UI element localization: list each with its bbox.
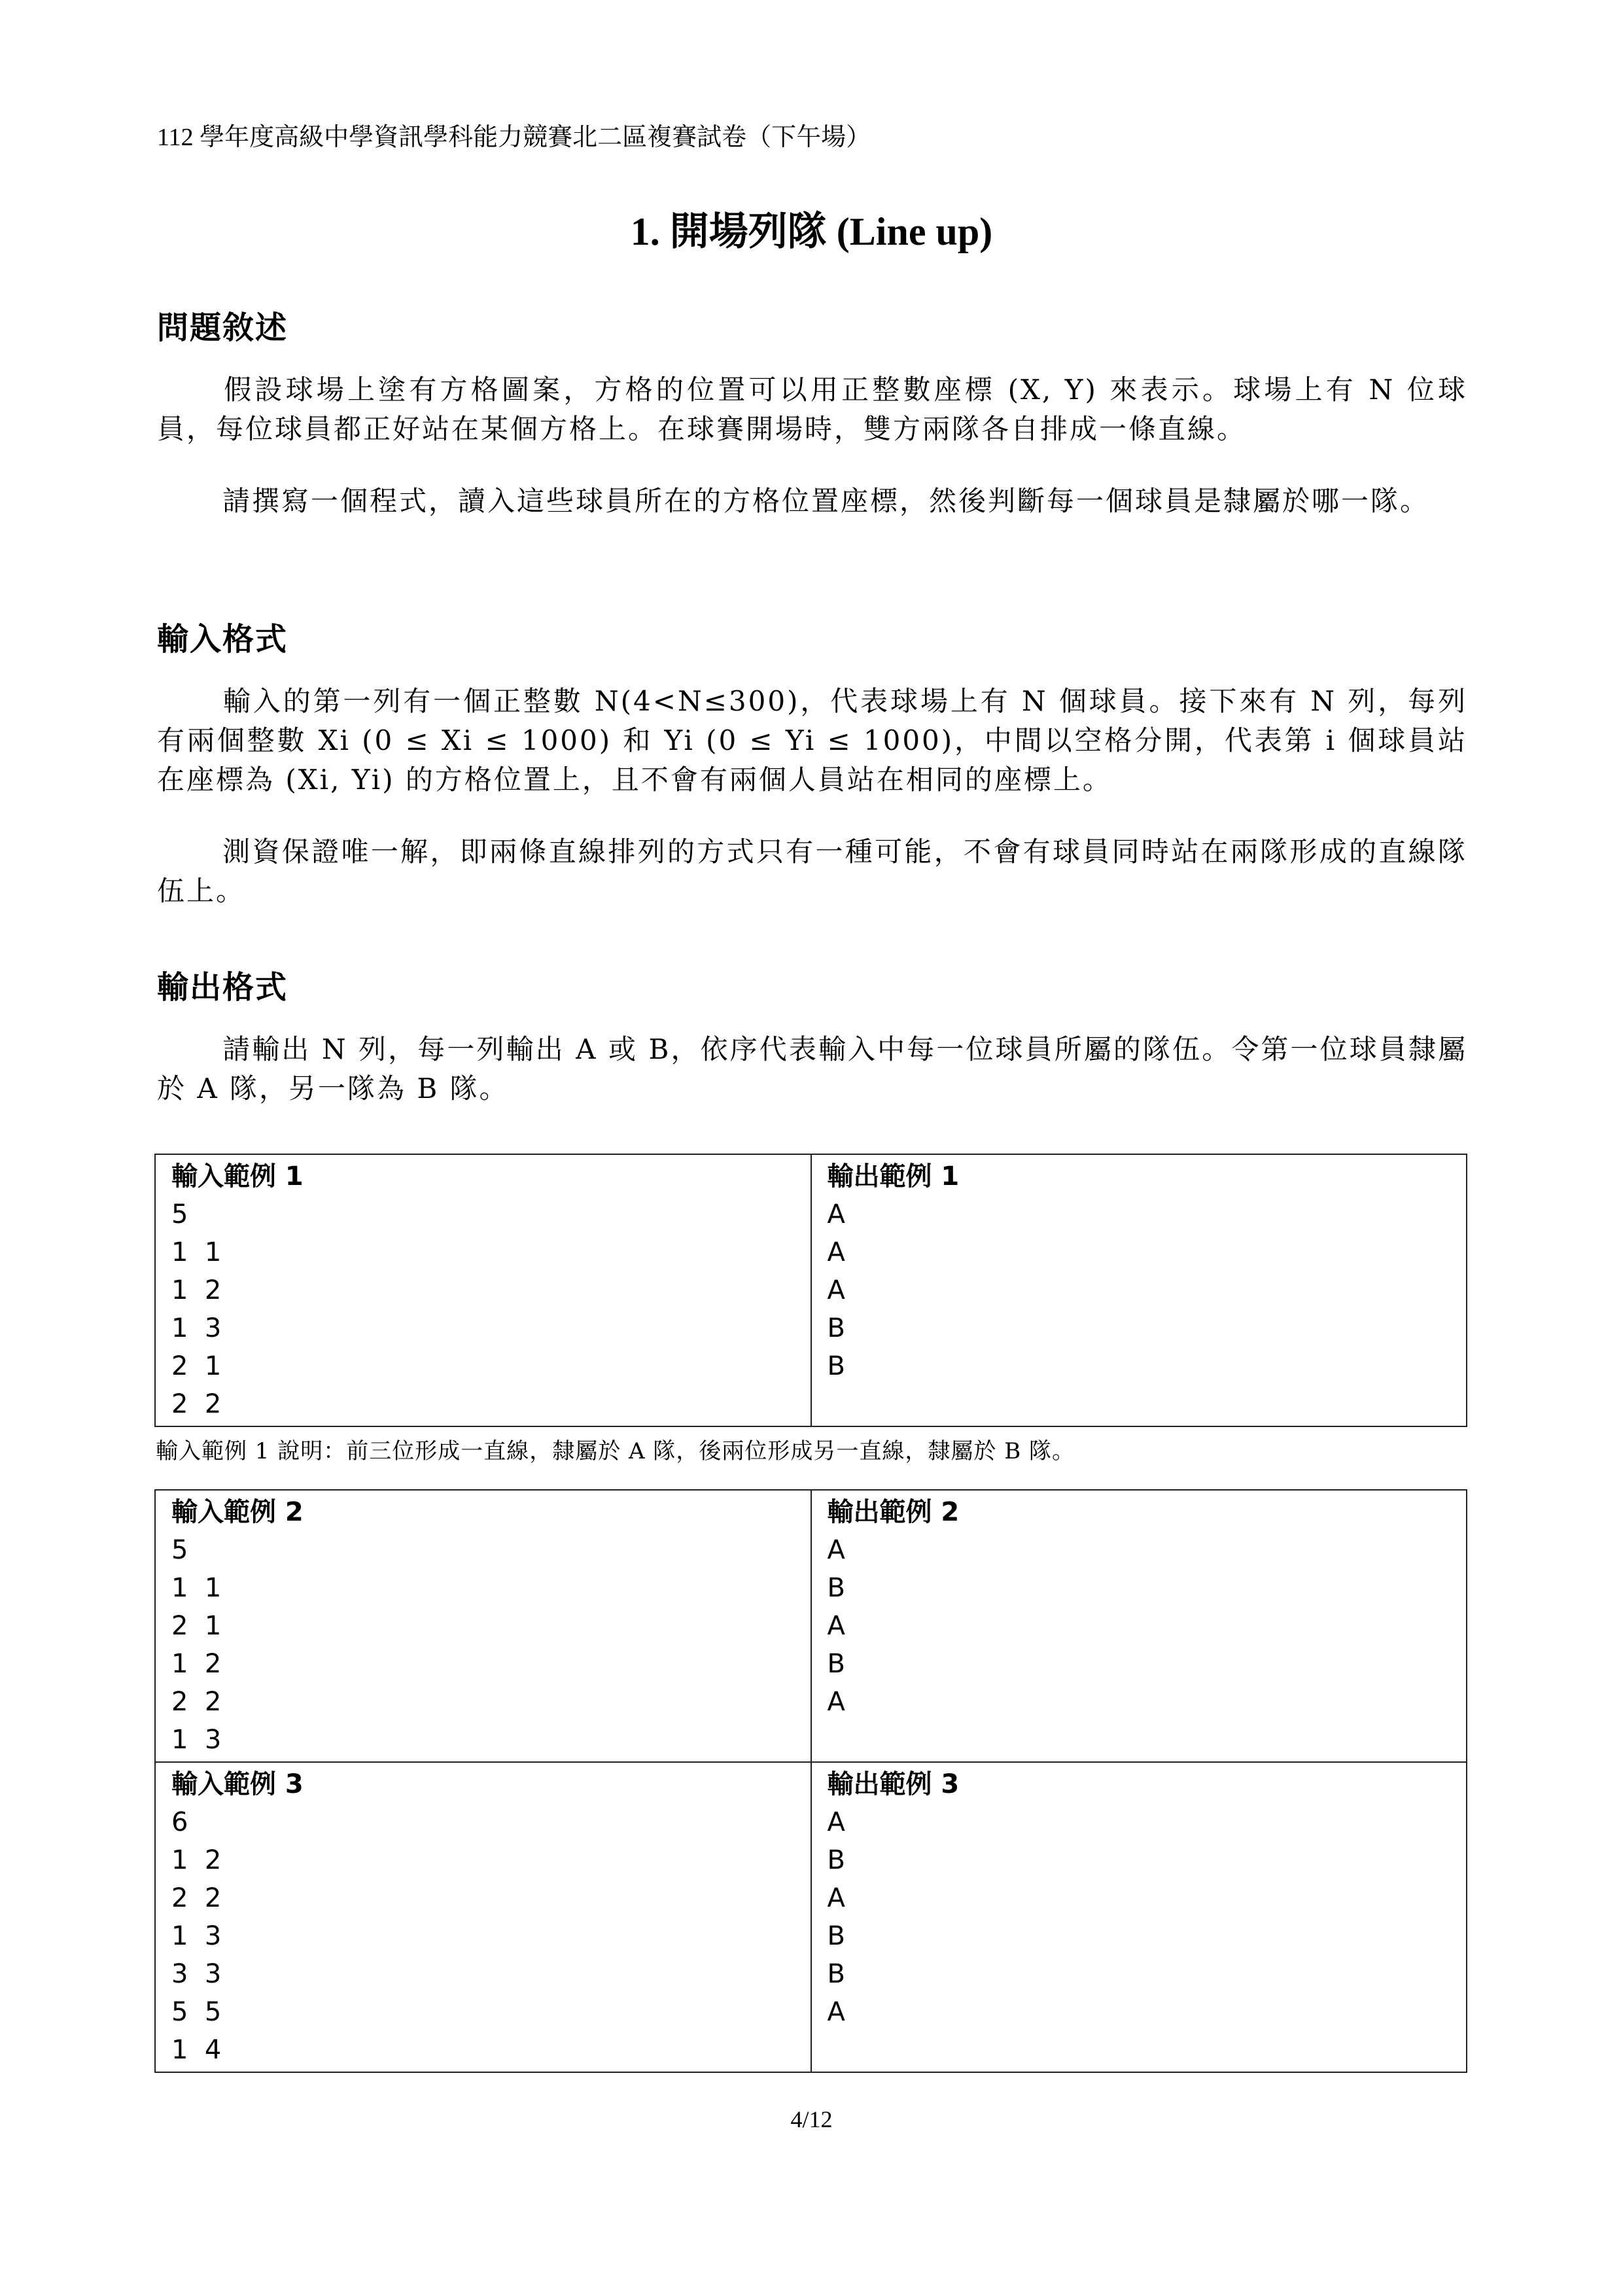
output-format-paragraph-1: 請輸出 N 列，每一列輸出 A 或 B，依序代表輸入中每一位球員所屬的隊伍。令第… <box>157 1030 1467 1108</box>
page-number: 4/12 <box>0 2106 1623 2133</box>
sample-2-input-line: 2 2 <box>171 1683 811 1721</box>
sample-3-input-label: 輸入範例 3 <box>171 1765 811 1803</box>
sample-2-input-line: 2 1 <box>171 1607 811 1645</box>
sample-3-input-line: 1 2 <box>171 1841 811 1879</box>
sample-3-input-line: 5 5 <box>171 1993 811 2031</box>
sample-2-input-line: 1 2 <box>171 1645 811 1683</box>
sample-1-note: 輸入範例 1 說明：前三位形成一直線，隸屬於 A 隊，後兩位形成另一直線，隸屬於… <box>156 1433 1075 1465</box>
sample-1-output-cell: 輸出範例 1 A A A B B <box>811 1154 1467 1426</box>
sample-3-output-label: 輸出範例 3 <box>828 1765 1467 1803</box>
sample-3-input-line: 1 4 <box>171 2031 811 2069</box>
sample-1-input-label: 輸入範例 1 <box>171 1157 811 1195</box>
sample-3-output-line: B <box>828 1917 1467 1955</box>
document-header: 112 學年度高級中學資訊學科能力競賽北二區複賽試卷（下午場） <box>157 116 871 152</box>
sample-1-input-cell: 輸入範例 1 5 1 1 1 2 1 3 2 1 2 2 <box>155 1154 811 1426</box>
input-format-text-1: 輸入的第一列有一個正整數 N(4<N≤300)，代表球場上有 N 個球員。接下來… <box>157 685 1467 796</box>
sample-3-input-line: 1 3 <box>171 1917 811 1955</box>
sample-1-output-line: A <box>828 1271 1467 1309</box>
sample-1-output-line: A <box>828 1195 1467 1233</box>
problem-title: 1. 開場列隊 (Line up) <box>0 200 1623 256</box>
sample-table-1: 輸入範例 1 5 1 1 1 2 1 3 2 1 2 2 輸出範例 1 A A … <box>154 1154 1467 1427</box>
sample-3-output-line: A <box>828 1879 1467 1917</box>
sample-2-input-label: 輸入範例 2 <box>171 1493 811 1531</box>
sample-2-output-cell: 輸出範例 2 A B A B A <box>811 1490 1467 1762</box>
input-format-paragraph-1: 輸入的第一列有一個正整數 N(4<N≤300)，代表球場上有 N 個球員。接下來… <box>157 682 1467 800</box>
sample-1-input-line: 5 <box>171 1195 811 1233</box>
sample-3-input-line: 2 2 <box>171 1879 811 1917</box>
sample-2-output-line: A <box>828 1683 1467 1721</box>
sample-table-2: 輸入範例 2 5 1 1 2 1 1 2 2 2 1 3 輸出範例 2 A B … <box>154 1489 1467 2073</box>
sample-2-input-line: 5 <box>171 1531 811 1569</box>
section-heading-input-format: 輸入格式 <box>157 614 288 659</box>
description-paragraph-1: 假設球場上塗有方格圖案，方格的位置可以用正整數座標 (X, Y) 來表示。球場上… <box>157 370 1467 449</box>
input-format-paragraph-2: 測資保證唯一解，即兩條直線排列的方式只有一種可能，不會有球員同時站在兩隊形成的直… <box>157 832 1467 911</box>
sample-1-input-line: 2 1 <box>171 1347 811 1385</box>
sample-1-input-line: 1 2 <box>171 1271 811 1309</box>
sample-2-output-line: B <box>828 1645 1467 1683</box>
sample-row-3: 輸入範例 3 6 1 2 2 2 1 3 3 3 5 5 1 4 輸出範例 3 … <box>155 1762 1467 2072</box>
sample-2-input-cell: 輸入範例 2 5 1 1 2 1 1 2 2 2 1 3 <box>155 1490 811 1762</box>
sample-2-input-line: 1 3 <box>171 1721 811 1759</box>
sample-3-output-line: B <box>828 1955 1467 1993</box>
input-format-text-2: 測資保證唯一解，即兩條直線排列的方式只有一種可能，不會有球員同時站在兩隊形成的直… <box>157 836 1467 907</box>
sample-3-input-line: 6 <box>171 1803 811 1841</box>
sample-1-input-line: 2 2 <box>171 1385 811 1423</box>
sample-3-output-line: B <box>828 1841 1467 1879</box>
sample-3-input-line: 3 3 <box>171 1955 811 1993</box>
description-text-2: 請撰寫一個程式，讀入這些球員所在的方格位置座標，然後判斷每一個球員是隸屬於哪一隊… <box>222 485 1429 517</box>
description-text-1: 假設球場上塗有方格圖案，方格的位置可以用正整數座標 (X, Y) 來表示。球場上… <box>157 374 1467 445</box>
sample-3-input-cell: 輸入範例 3 6 1 2 2 2 1 3 3 3 5 5 1 4 <box>155 1762 811 2072</box>
sample-1-input-line: 1 1 <box>171 1233 811 1271</box>
description-paragraph-2: 請撰寫一個程式，讀入這些球員所在的方格位置座標，然後判斷每一個球員是隸屬於哪一隊… <box>157 482 1467 521</box>
section-heading-description: 問題敘述 <box>157 302 288 347</box>
sample-row-1: 輸入範例 1 5 1 1 1 2 1 3 2 1 2 2 輸出範例 1 A A … <box>155 1154 1467 1426</box>
sample-1-output-label: 輸出範例 1 <box>828 1157 1467 1195</box>
section-heading-output-format: 輸出格式 <box>157 962 288 1007</box>
sample-1-output-line: A <box>828 1233 1467 1271</box>
sample-3-output-line: A <box>828 1993 1467 2031</box>
sample-row-2: 輸入範例 2 5 1 1 2 1 1 2 2 2 1 3 輸出範例 2 A B … <box>155 1490 1467 1762</box>
sample-3-output-cell: 輸出範例 3 A B A B B A <box>811 1762 1467 2072</box>
sample-2-output-line: A <box>828 1607 1467 1645</box>
sample-1-output-line: B <box>828 1309 1467 1347</box>
sample-2-output-label: 輸出範例 2 <box>828 1493 1467 1531</box>
sample-2-output-line: A <box>828 1531 1467 1569</box>
sample-2-output-line: B <box>828 1569 1467 1607</box>
sample-3-output-line: A <box>828 1803 1467 1841</box>
output-format-text-1: 請輸出 N 列，每一列輸出 A 或 B，依序代表輸入中每一位球員所屬的隊伍。令第… <box>157 1033 1467 1104</box>
sample-1-output-line: B <box>828 1347 1467 1385</box>
sample-2-input-line: 1 1 <box>171 1569 811 1607</box>
sample-1-input-line: 1 3 <box>171 1309 811 1347</box>
